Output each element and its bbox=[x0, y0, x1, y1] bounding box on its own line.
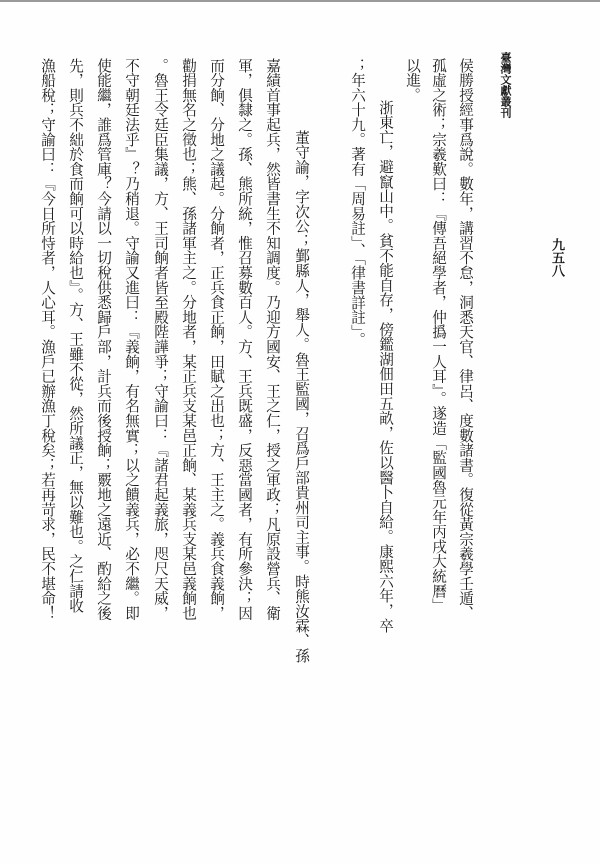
text-column-2: 孤虛之術；宗羲歎曰：『傳吾絕學者，仲撝一人耳』。遂造「監國魯元年丙戌大統曆」 bbox=[426, 58, 450, 613]
text-column-7: 嘉績首事起兵，然皆書生不知調度。乃迎方國安、王之仁，授之軍政；凡原設營兵、衛 bbox=[260, 58, 284, 620]
text-column-1: 侯勝授經事爲說。數年，講習不怠，洞悉天官、律呂、度數諸書。復從黃宗羲學壬遁、 bbox=[453, 58, 477, 620]
text-column-12: 不守朝廷法乎』？乃稍退。守諭又進曰：『義餉，有名無實；以之饋義兵，必不繼。即 bbox=[119, 58, 143, 620]
text-column-10: 勸捐無名之徵也；熊、孫諸軍主之。分地者，某正兵支某邑正餉、某義兵支某邑義餉也 bbox=[176, 58, 200, 620]
page-number: 九五八 bbox=[548, 238, 564, 277]
text-column-15: 漁船稅；守諭曰：『今日所恃者，人心耳。漁戶已辦漁丁稅矣；若再苛求，民不堪命！ bbox=[35, 58, 59, 620]
text-column-5: ；年六十九。著有「周易註」、「律書詳註」。 bbox=[345, 58, 369, 347]
series-title: 臺灣文獻叢刊 bbox=[498, 52, 512, 118]
text-column-8: 軍，俱隸之。孫、熊所統，惟召募數百人。方、王兵既盛，反惡當國者，有所參決；因 bbox=[232, 58, 256, 620]
text-column-3: 以進。 bbox=[400, 58, 424, 102]
scan-edge-line bbox=[0, 0, 600, 2]
text-column-4: 浙東亡，避竄山中。貧不能自存，傍鑑湖佃田五畝，佐以醫卜自給。康熙六年，卒 bbox=[373, 100, 397, 633]
text-column-11: 。魯王令廷臣集議，方、王司餉者皆至殿陛譁爭；守諭曰：『諸君起義旅，咫尺天威， bbox=[148, 58, 172, 620]
book-page: 臺灣文獻叢刊 九五八 侯勝授經事爲說。數年，講習不怠，洞悉天官、律呂、度數諸書。… bbox=[0, 0, 600, 864]
text-column-6: 董守諭，字次公；鄞縣人，舉人。魯王監國，召爲戶部貴州司主事。時熊汝霖、孫 bbox=[289, 130, 313, 663]
text-column-13: 使能繼，誰爲管庫？今請以一切稅供悉歸戶部，計兵而後授餉；覈地之遠近、酌給之後 bbox=[91, 58, 115, 620]
text-column-14: 先，則兵不絀於食而餉可以時給也』。方、王雖不從，然所議正，無以難也。之仁請收 bbox=[63, 58, 87, 613]
text-column-9: 而分餉、分地之議起。分餉者，正兵食正餉，田賦之出也；方、王主之。義兵食義餉， bbox=[204, 58, 228, 620]
